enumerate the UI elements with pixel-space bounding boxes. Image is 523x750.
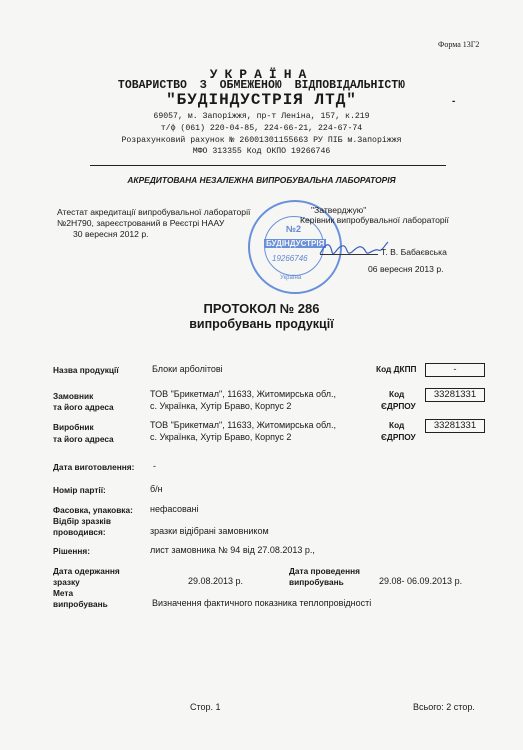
tested-date-label-line-2: випробувань	[289, 577, 344, 587]
purpose-value: Визначення фактичного показника теплопро…	[152, 598, 371, 608]
customer-label-address: та його адреса	[53, 402, 114, 412]
stamp-country: Україна	[280, 275, 301, 281]
signature-line	[320, 254, 378, 255]
sampling-label-line-2: проводився:	[53, 527, 106, 537]
approval-position: Керівник випробувальної лабораторії	[300, 215, 449, 225]
product-value: Блоки арболітові	[152, 364, 223, 374]
header-phone: т/ф (061) 220-04-85, 224-66-21, 224-67-7…	[0, 124, 523, 133]
customer-code-box: 33281331	[425, 388, 485, 402]
total-pages: Всього: 2 стор.	[413, 702, 475, 712]
accreditation-line-1: Атестат акредитації випробувальної лабор…	[57, 207, 250, 217]
customer-edrpou-label: ЄДРПОУ	[381, 401, 416, 411]
customer-value-line-2: с. Українка, Хутір Браво, Корпус 2	[150, 401, 291, 411]
sampling-label: Відбір зразків	[53, 516, 111, 526]
stamp-code: 19266746	[272, 254, 308, 263]
manufacturer-value-line-1: ТОВ "Брикетмал", 11633, Житомирська обл.…	[150, 420, 336, 430]
dkpp-code-box: -	[425, 363, 485, 377]
customer-code-label: Код	[389, 389, 404, 399]
packaging-value: нефасовані	[150, 504, 199, 514]
header-divider	[90, 165, 446, 166]
customer-value-line-1: ТОВ "Брикетмал", 11633, Житомирська обл.…	[150, 389, 336, 399]
manufacturer-label: Виробник	[53, 422, 94, 432]
tested-date-value: 29.08- 06.09.2013 р.	[379, 576, 462, 586]
purpose-label: Мета	[53, 588, 73, 598]
stamp-number: №2	[286, 224, 301, 234]
purpose-label-line-2: випробувань	[53, 599, 108, 609]
approver-name: Т. В. Бабаєвська	[381, 247, 447, 257]
accreditation-date: 30 вересня 2012 р.	[73, 229, 149, 239]
manufacturer-code-label: Код	[389, 420, 404, 430]
product-label: Назва продукції	[53, 365, 119, 375]
decision-label: Рішення:	[53, 546, 90, 556]
accreditation-line-2: №2Н790, зареєстрований в Реєстрі НААУ	[57, 218, 224, 228]
packaging-label: Фасовка, упаковка:	[53, 505, 133, 515]
dkpp-label: Код ДКПП	[376, 364, 417, 374]
manufacturer-label-address: та його адреса	[53, 434, 114, 444]
decorative-dash: -	[452, 96, 455, 107]
protocol-subtitle: випробувань продукції	[0, 317, 523, 331]
header-address: 69057, м. Запоріжжя, пр-т Леніна, 157, к…	[0, 112, 523, 121]
batch-value: б/н	[150, 484, 163, 494]
sampling-value: зразки відібрані замовником	[150, 526, 269, 536]
form-number: Форма 13Г2	[438, 40, 479, 49]
lab-title: АКРЕДИТОВАНА НЕЗАЛЕЖНА ВИПРОБУВАЛЬНА ЛАБ…	[0, 175, 523, 185]
received-date-label: Дата одержання	[53, 566, 120, 576]
received-date-value: 29.08.2013 р.	[188, 576, 243, 586]
approval-heading: "Затверджую"	[311, 205, 366, 215]
received-date-label-line-2: зразку	[53, 577, 80, 587]
signature-icon	[318, 238, 390, 260]
approval-date: 06 вересня 2013 р.	[368, 264, 444, 274]
decision-value: лист замовника № 94 від 27.08.2013 р.,	[150, 545, 315, 555]
header-company-name: "БУДІНДУСТРІЯ ЛТД"	[0, 91, 523, 109]
manufacturer-value-line-2: с. Українка, Хутір Браво, Корпус 2	[150, 432, 291, 442]
manufacture-date-value: -	[153, 461, 156, 471]
header-mfo-okpo: МФО 313355 Код ОКПО 19266746	[0, 147, 523, 156]
page-number: Стор. 1	[190, 702, 221, 712]
batch-label: Номір партії:	[53, 485, 106, 495]
customer-label: Замовник	[53, 391, 93, 401]
manufacture-date-label: Дата виготовлення:	[53, 462, 134, 472]
tested-date-label: Дата проведення	[289, 566, 360, 576]
manufacturer-edrpou-label: ЄДРПОУ	[381, 432, 416, 442]
header-bank-account: Розрахунковий рахунок № 26001301155663 Р…	[0, 136, 523, 145]
manufacturer-code-box: 33281331	[425, 419, 485, 433]
protocol-title: ПРОТОКОЛ № 286	[0, 301, 523, 316]
